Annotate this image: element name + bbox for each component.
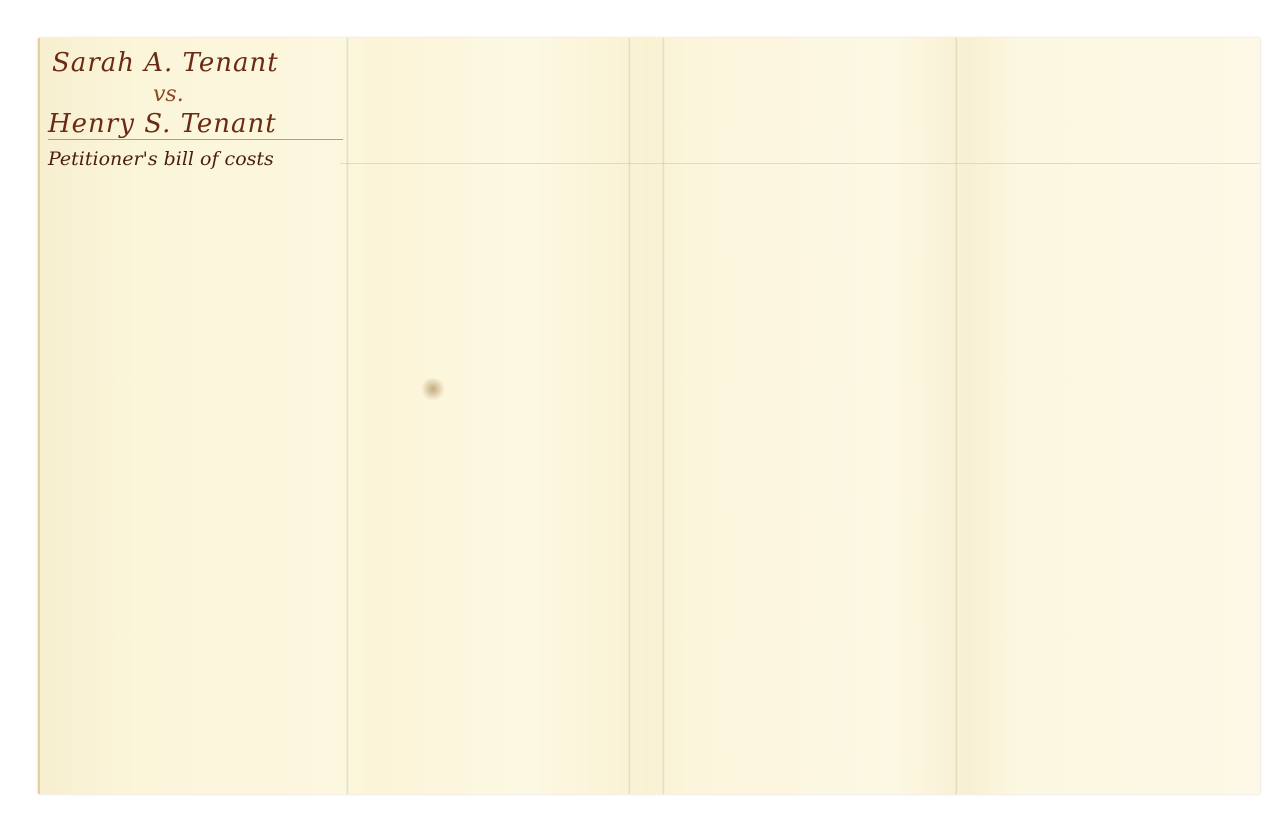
document-sheet: Sarah A. Tenant vs. Henry S. Tenant Peti… xyxy=(38,38,1260,794)
fold-line xyxy=(628,38,631,794)
plaintiff-name: Sarah A. Tenant xyxy=(52,48,348,78)
defendant-name: Henry S. Tenant xyxy=(48,109,343,140)
fold-line xyxy=(662,38,665,794)
fold-line xyxy=(955,38,958,794)
ruled-line xyxy=(340,163,1260,164)
docket-endorsement: Sarah A. Tenant vs. Henry S. Tenant Peti… xyxy=(48,48,348,170)
ink-stain xyxy=(420,378,446,400)
versus-label: vs. xyxy=(153,82,348,107)
document-title: Petitioner's bill of costs xyxy=(48,148,348,170)
